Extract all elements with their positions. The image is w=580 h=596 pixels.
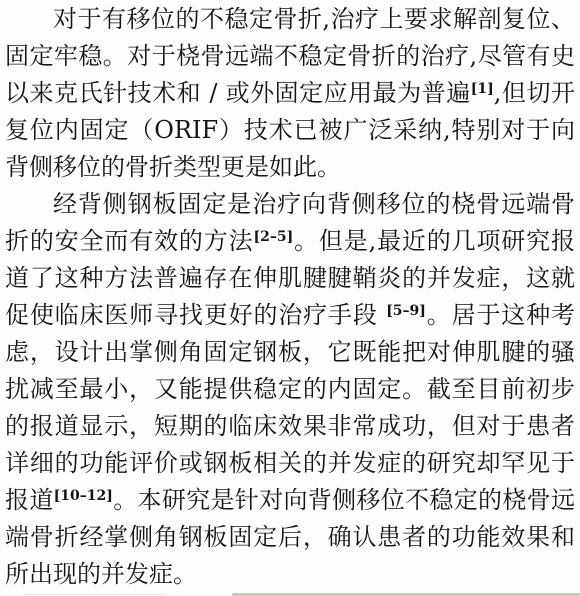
scan-artifact-line xyxy=(25,594,165,595)
citation-reference: [2–5] xyxy=(253,229,293,245)
paragraph-1: 对于有移位的不稳定骨折,治疗上要求解剖复位、固定牢稳。对于桡骨远端不稳定骨折的治… xyxy=(5,1,575,186)
citation-reference: [5–9] xyxy=(386,303,426,319)
citation-reference: [1] xyxy=(471,81,494,97)
scanned-paper-page: 对于有移位的不稳定骨折,治疗上要求解剖复位、固定牢稳。对于桡骨远端不稳定骨折的治… xyxy=(0,0,580,596)
paragraph-2: 经背侧钢板固定是治疗向背侧移位的桡骨远端骨折的安全而有效的方法[2–5]。但是,… xyxy=(5,186,575,593)
paper-body-text: 对于有移位的不稳定骨折,治疗上要求解剖复位、固定牢稳。对于桡骨远端不稳定骨折的治… xyxy=(5,1,575,593)
text-run: 。居于这种考虑，设计出掌侧角固定钢板，它既能把对伸肌腱的骚扰减至最小，又能提供稳… xyxy=(5,301,575,514)
citation-reference: [10–12] xyxy=(54,488,113,504)
